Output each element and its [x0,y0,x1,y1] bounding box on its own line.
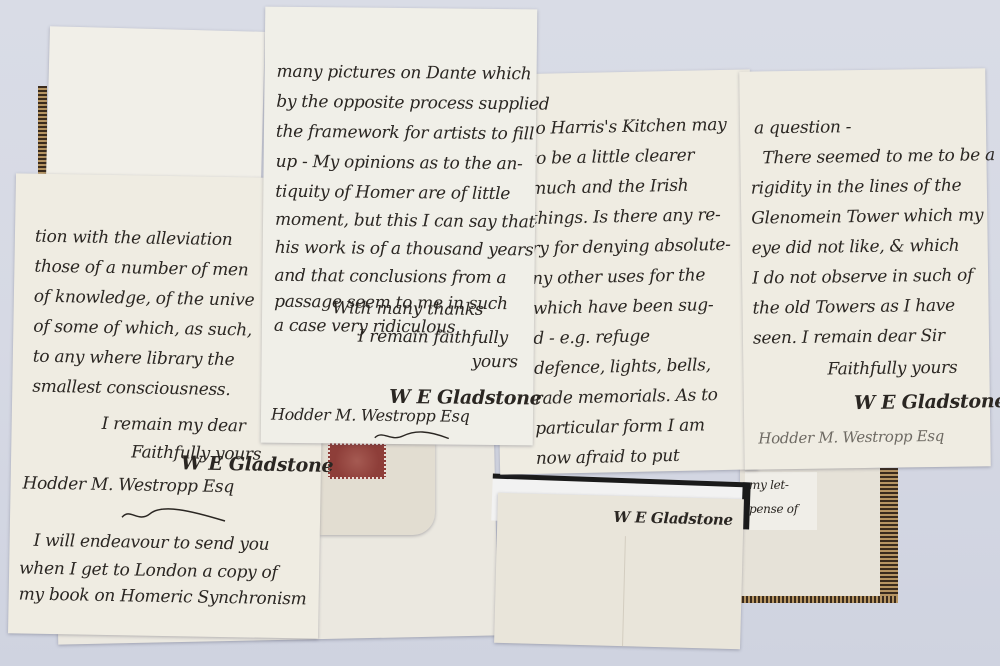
mid-line-4: things. Is there any re- [531,200,721,234]
right-line-4: Glenomein Tower which my [751,200,983,233]
center-line-1: many pictures on Dante which [276,57,531,90]
right-signature: W E Gladstone [854,390,1000,414]
right-line-6: I do not observe in such of [752,260,973,293]
mid-line-7: which have been sug- [532,290,713,324]
mid-line-9: defence, lights, bells, [534,350,711,384]
letter-center: many pictures on Dante which by the oppo… [261,7,538,446]
right-closing: Faithfully yours [827,353,957,385]
album-note-line-1: my let- [749,478,789,492]
center-flourish [373,428,453,445]
album-note: my let- pense of [745,472,817,530]
left-closing-1: I remain my dear [101,409,245,442]
left-addressee: Hodder M. Westropp Esq [22,473,234,497]
left-line-5: to any where library the [33,342,235,376]
center-addressee: Hodder M. Westropp Esq [271,405,470,426]
left-line-6: smallest consciousness. [32,372,231,405]
right-addressee: Hodder M. Westropp Esq [758,427,944,448]
left-line-2: those of a number of men [34,252,249,286]
mid-line-11: particular form I am [535,410,705,444]
letter-right: a question - There seemed to me to be a … [739,68,991,469]
right-line-8: seen. I remain dear Sir [753,321,945,354]
signature-card: W E Gladstone [494,493,744,649]
mid-line-5: ry for denying absolute- [531,230,731,264]
center-closing-3: yours [471,347,517,377]
center-line-2: by the opposite process supplied [276,87,549,120]
card-signature: W E Gladstone [613,508,733,529]
left-signature: W E Gladstone [181,452,334,477]
left-line-1: tion with the alleviation [35,222,233,255]
left-flourish [120,505,230,527]
right-line-5: eye did not like, & which [751,231,959,264]
right-line-2: There seemed to me to be a [762,140,995,173]
mid-line-6: ny other uses for the [532,260,706,294]
left-line-4: of some of which, as such, [33,312,252,346]
postage-stamp [328,443,386,479]
album-note-line-2: pense of [749,502,798,516]
mid-line-1: to Harris's Kitchen may [529,110,727,144]
center-line-3: the framework for artists to fill [276,117,534,150]
mid-line-10: rade memorials. As to [534,380,718,414]
mid-line-12: now afraid to put [536,441,680,474]
mid-line-3: much and the Irish [530,171,689,204]
left-line-3: of knowledge, of the unive [34,282,255,316]
mid-line-2: to be a little clearer [529,141,694,174]
left-ps-line-3: my book on Homeric Synchronism [18,579,306,614]
right-line-7: the old Towers as I have [752,291,955,324]
center-line-4: up - My opinions as to the an- [276,147,523,180]
mid-line-8: d - e.g. refuge [533,321,650,353]
right-line-1: a question - [754,112,852,143]
album-binding-right [880,468,898,598]
album-binding-bottom [738,596,898,603]
album-page-top-left [46,26,265,182]
center-closing-1: With many thanks [332,293,483,325]
card-fold [622,536,626,646]
right-line-3: rigidity in the lines of the [751,171,962,204]
